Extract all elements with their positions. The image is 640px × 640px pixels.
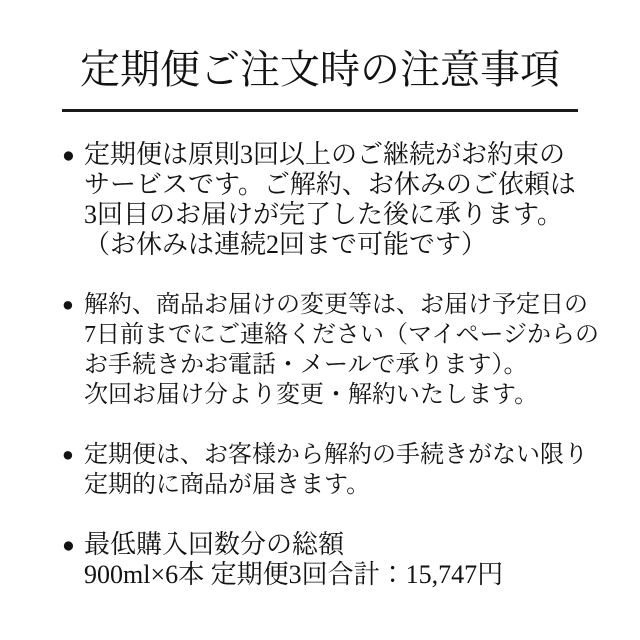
notice-item-continuation-policy: ● 定期便は原則3回以上のご継続がお約束の サービスです。ご解約、お休みのご依頼… <box>62 140 600 260</box>
notice-line: （お休みは連続2回まで可能です） <box>84 230 600 260</box>
notice-text: 定期便は、お客様から解約の手続きがない限り 定期的に商品が届きます。 <box>84 440 600 500</box>
bullet-icon: ● <box>62 530 84 560</box>
bullet-icon: ● <box>62 440 84 470</box>
page-title: 定期便ご注文時の注意事項 <box>0 46 640 93</box>
notice-line: 7日前までにご連絡ください（マイページからの <box>84 320 600 350</box>
notice-line: サービスです。ご解約、お休みのご依頼は <box>84 170 600 200</box>
notice-line: 900ml×6本 定期便3回合計：15,747円 <box>84 560 600 590</box>
notice-item-auto-delivery: ● 定期便は、お客様から解約の手続きがない限り 定期的に商品が届きます。 <box>62 440 600 500</box>
bullet-icon: ● <box>62 140 84 170</box>
notice-text: 解約、商品お届けの変更等は、お届け予定日の 7日前までにご連絡ください（マイペー… <box>84 290 600 410</box>
notice-line: 定期便は、お客様から解約の手続きがない限り <box>84 440 600 470</box>
notice-line: 定期便は原則3回以上のご継続がお約束の <box>84 140 600 170</box>
notice-line: 定期的に商品が届きます。 <box>84 470 600 500</box>
notice-line: 次回お届け分より変更・解約いたします。 <box>84 380 600 410</box>
notice-text: 最低購入回数分の総額 900ml×6本 定期便3回合計：15,747円 <box>84 530 600 590</box>
notice-line: 解約、商品お届けの変更等は、お届け予定日の <box>84 290 600 320</box>
notice-text: 定期便は原則3回以上のご継続がお約束の サービスです。ご解約、お休みのご依頼は … <box>84 140 600 260</box>
notice-line: 最低購入回数分の総額 <box>84 530 600 560</box>
notice-item-change-cancel: ● 解約、商品お届けの変更等は、お届け予定日の 7日前までにご連絡ください（マイ… <box>62 290 600 410</box>
bullet-icon: ● <box>62 290 84 320</box>
notice-line: 3回目のお届けが完了した後に承ります。 <box>84 200 600 230</box>
notice-line: お手続きかお電話・メールで承ります）。 <box>84 350 600 380</box>
notice-list: ● 定期便は原則3回以上のご継続がお約束の サービスです。ご解約、お休みのご依頼… <box>0 140 640 590</box>
subscription-notice-panel: 定期便ご注文時の注意事項 ● 定期便は原則3回以上のご継続がお約束の サービスで… <box>0 0 640 640</box>
title-divider <box>62 109 578 112</box>
notice-item-minimum-total: ● 最低購入回数分の総額 900ml×6本 定期便3回合計：15,747円 <box>62 530 600 590</box>
